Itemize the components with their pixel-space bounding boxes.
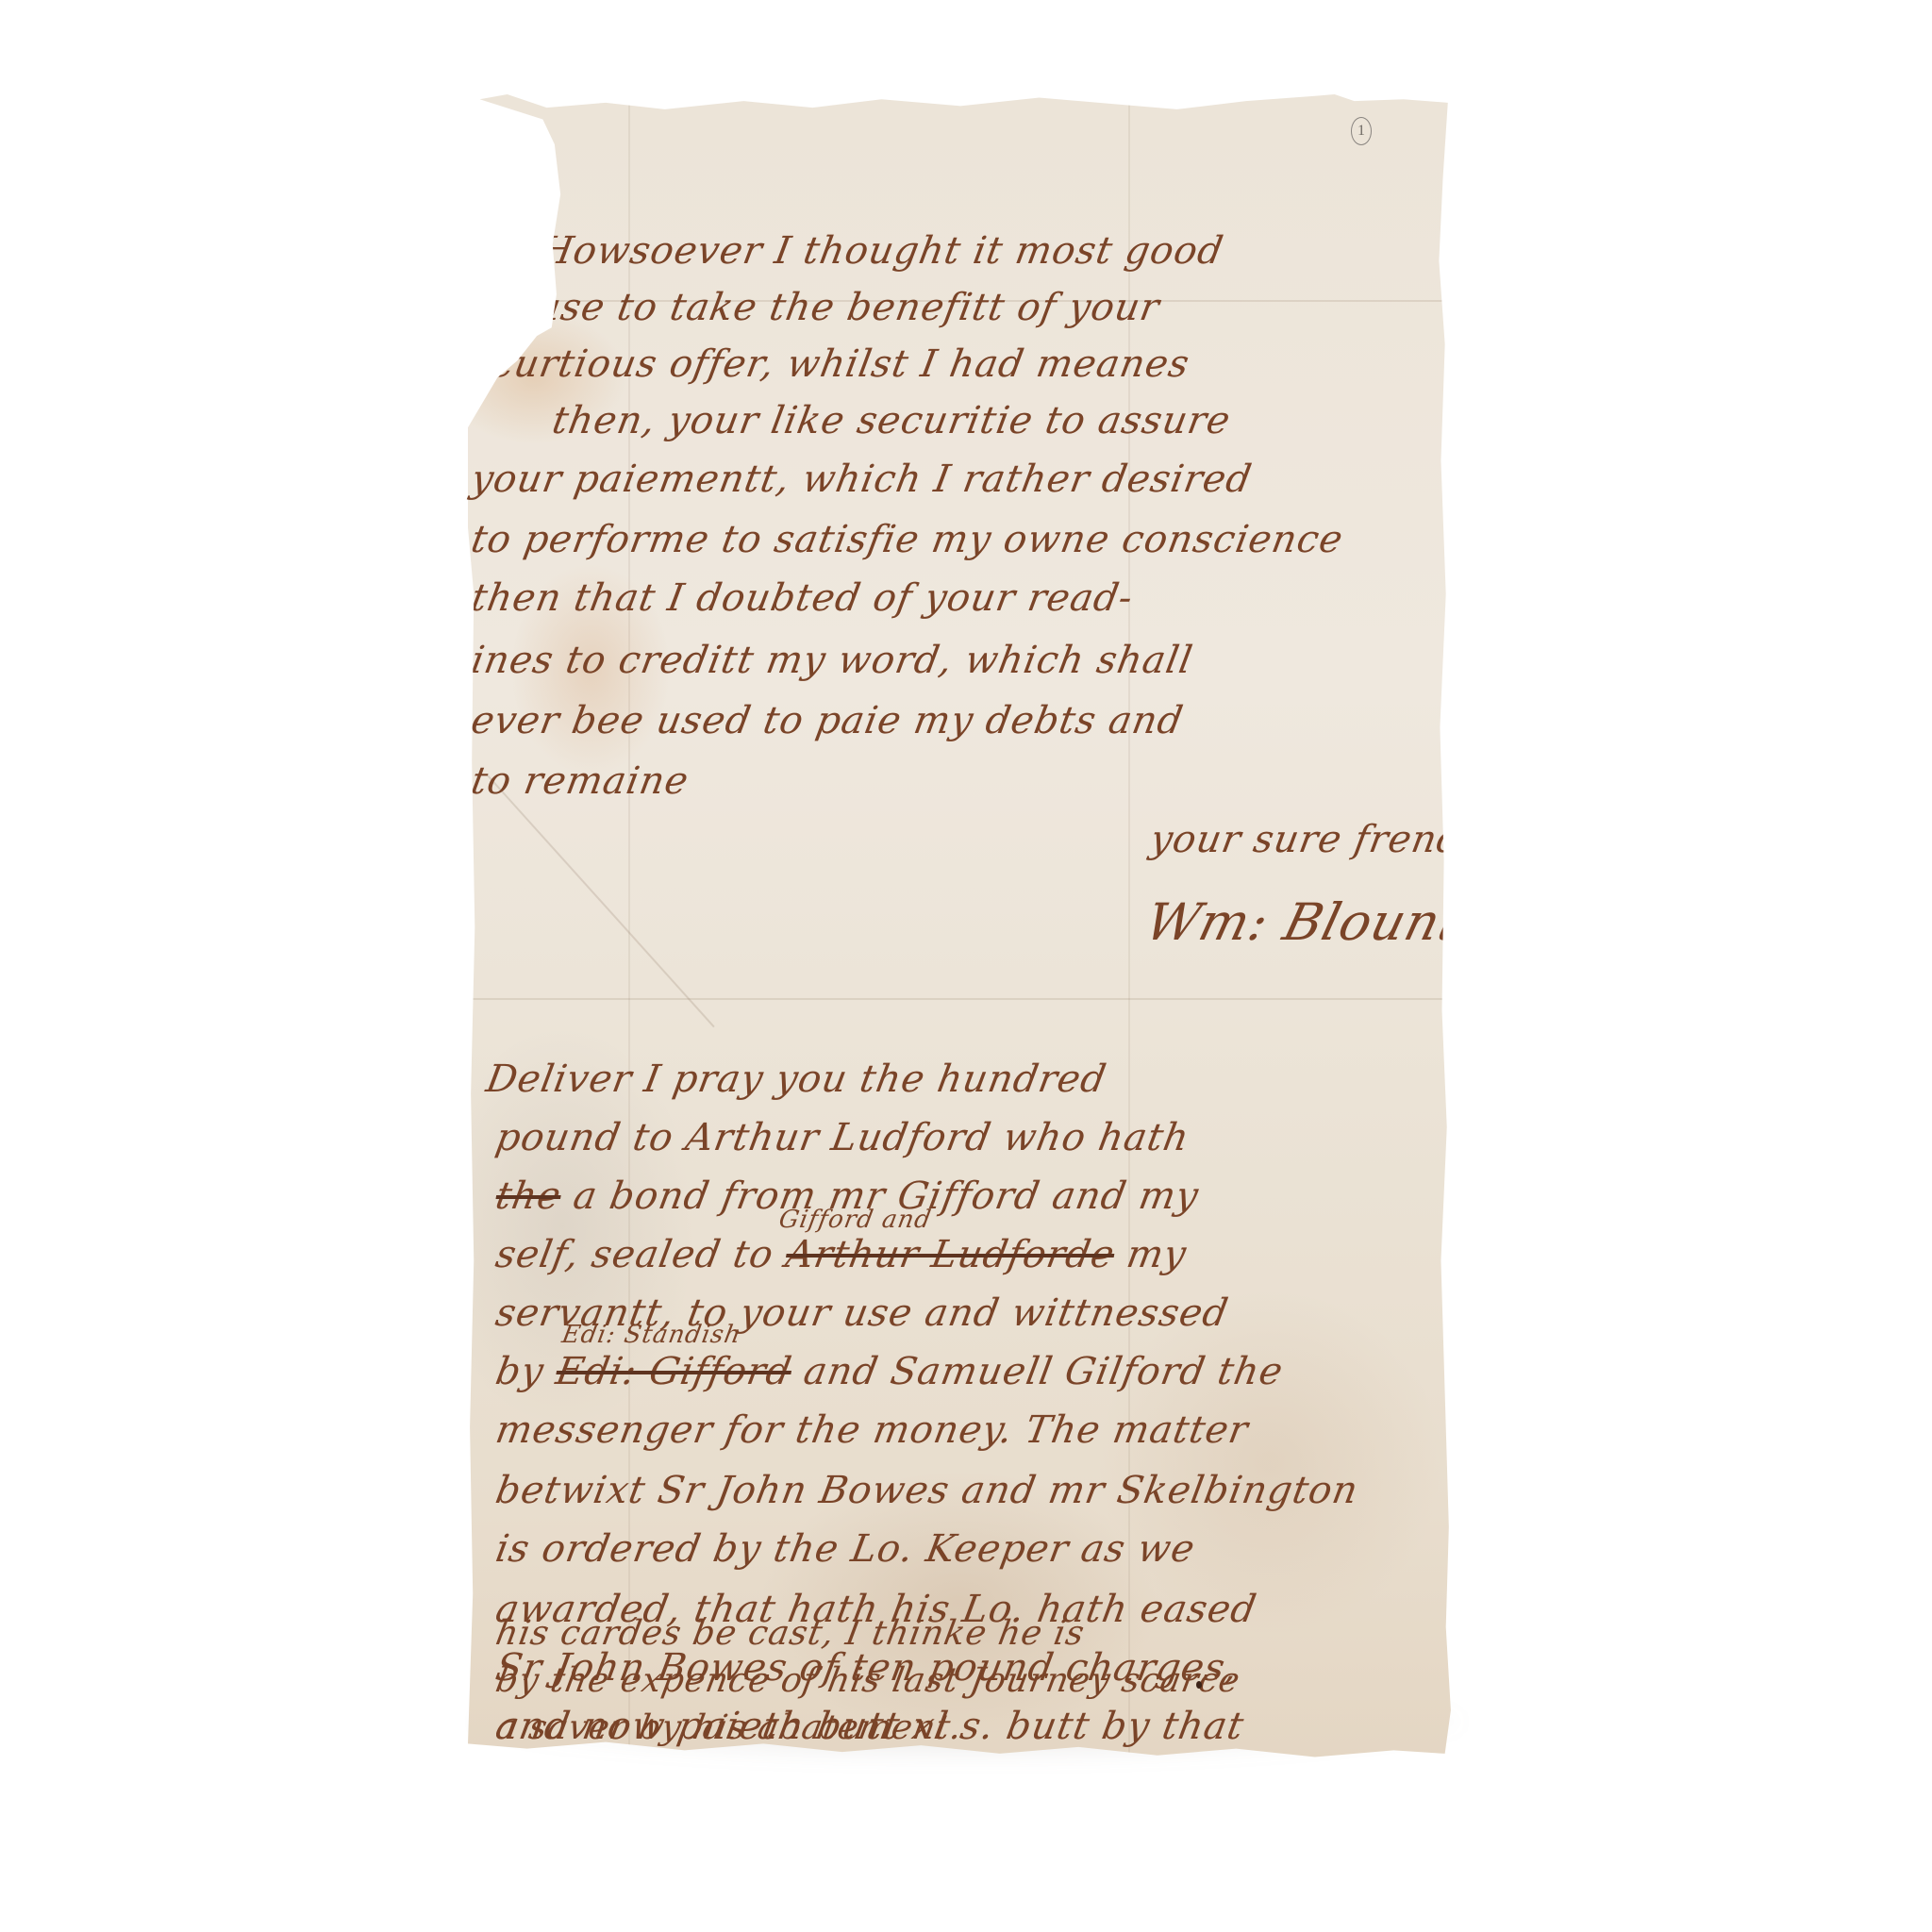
line-suffix: my <box>1124 1233 1191 1276</box>
diagonal-crease <box>486 774 714 1027</box>
postscript-line: betwixt Sr John Bowes and mr Skelbington <box>492 1472 1360 1509</box>
letter-line: cause to take the benefitt of your <box>487 289 1162 326</box>
letter-line: then, your like securitie to assure <box>549 402 1233 440</box>
line-text: by <box>492 1350 547 1393</box>
postscript-line: messenger for the money. The matter <box>492 1411 1251 1449</box>
folio-number-pencil: 1 <box>1351 117 1372 145</box>
letter-line: to remaine <box>468 762 691 800</box>
letter-line: Sr Howsoever I thought it most good <box>477 232 1226 270</box>
line-text: his cardes be cast, I thinke he is <box>492 1614 1088 1653</box>
postscript-line: pound to Arthur Ludford who hath <box>492 1119 1191 1157</box>
struck-phrase: Edi: Gifford <box>553 1350 795 1393</box>
postscript-line: self, sealed to Arthur Ludforde my <box>492 1236 1189 1274</box>
struck-phrase: Arthur Ludforde <box>782 1233 1118 1276</box>
letter-line: then that I doubted of your read- <box>468 579 1136 617</box>
letter-line: your paiementt, which I rather desired <box>468 460 1255 498</box>
signature: Wm: Blounte <box>1140 892 1499 952</box>
letter-closing: your sure frend <box>1147 821 1465 858</box>
postscript-line: a saver by his abatement. <box>492 1709 965 1747</box>
letter-line: to performe to satisfie my owne conscien… <box>468 521 1345 558</box>
interlinear-insertion: Gifford and <box>776 1206 934 1234</box>
postscript-line: his cardes be cast, I thinke he is <box>492 1615 1088 1653</box>
interlinear-insertion: Edi: Standish <box>559 1321 743 1349</box>
postscript-line: Deliver I pray you the hundred <box>483 1060 1109 1098</box>
letter-line: ines to creditt my word, which shall <box>468 641 1195 679</box>
postscript-line: is ordered by the Lo. Keeper as we <box>492 1530 1197 1568</box>
fold-crease <box>468 998 1453 1000</box>
line-suffix: and Samuell Gilford the <box>801 1350 1287 1393</box>
photo-stage: 1 Sr Howsoever I thought it most good ca… <box>0 0 1932 1932</box>
struck-word: the <box>492 1174 565 1218</box>
line-text: self, sealed to <box>492 1233 777 1276</box>
letter-line: ever bee used to paie my debts and <box>468 702 1186 740</box>
postscript-line: by Edi: Gifford and Samuell Gilford the <box>492 1353 1286 1391</box>
postscript-line: by the expence of his last Journey scarc… <box>492 1662 1242 1700</box>
ink-spot <box>1196 1681 1202 1689</box>
letter-line: curtious offer, whilst I had meanes <box>489 345 1192 383</box>
manuscript-page: 1 Sr Howsoever I thought it most good ca… <box>468 94 1453 1760</box>
